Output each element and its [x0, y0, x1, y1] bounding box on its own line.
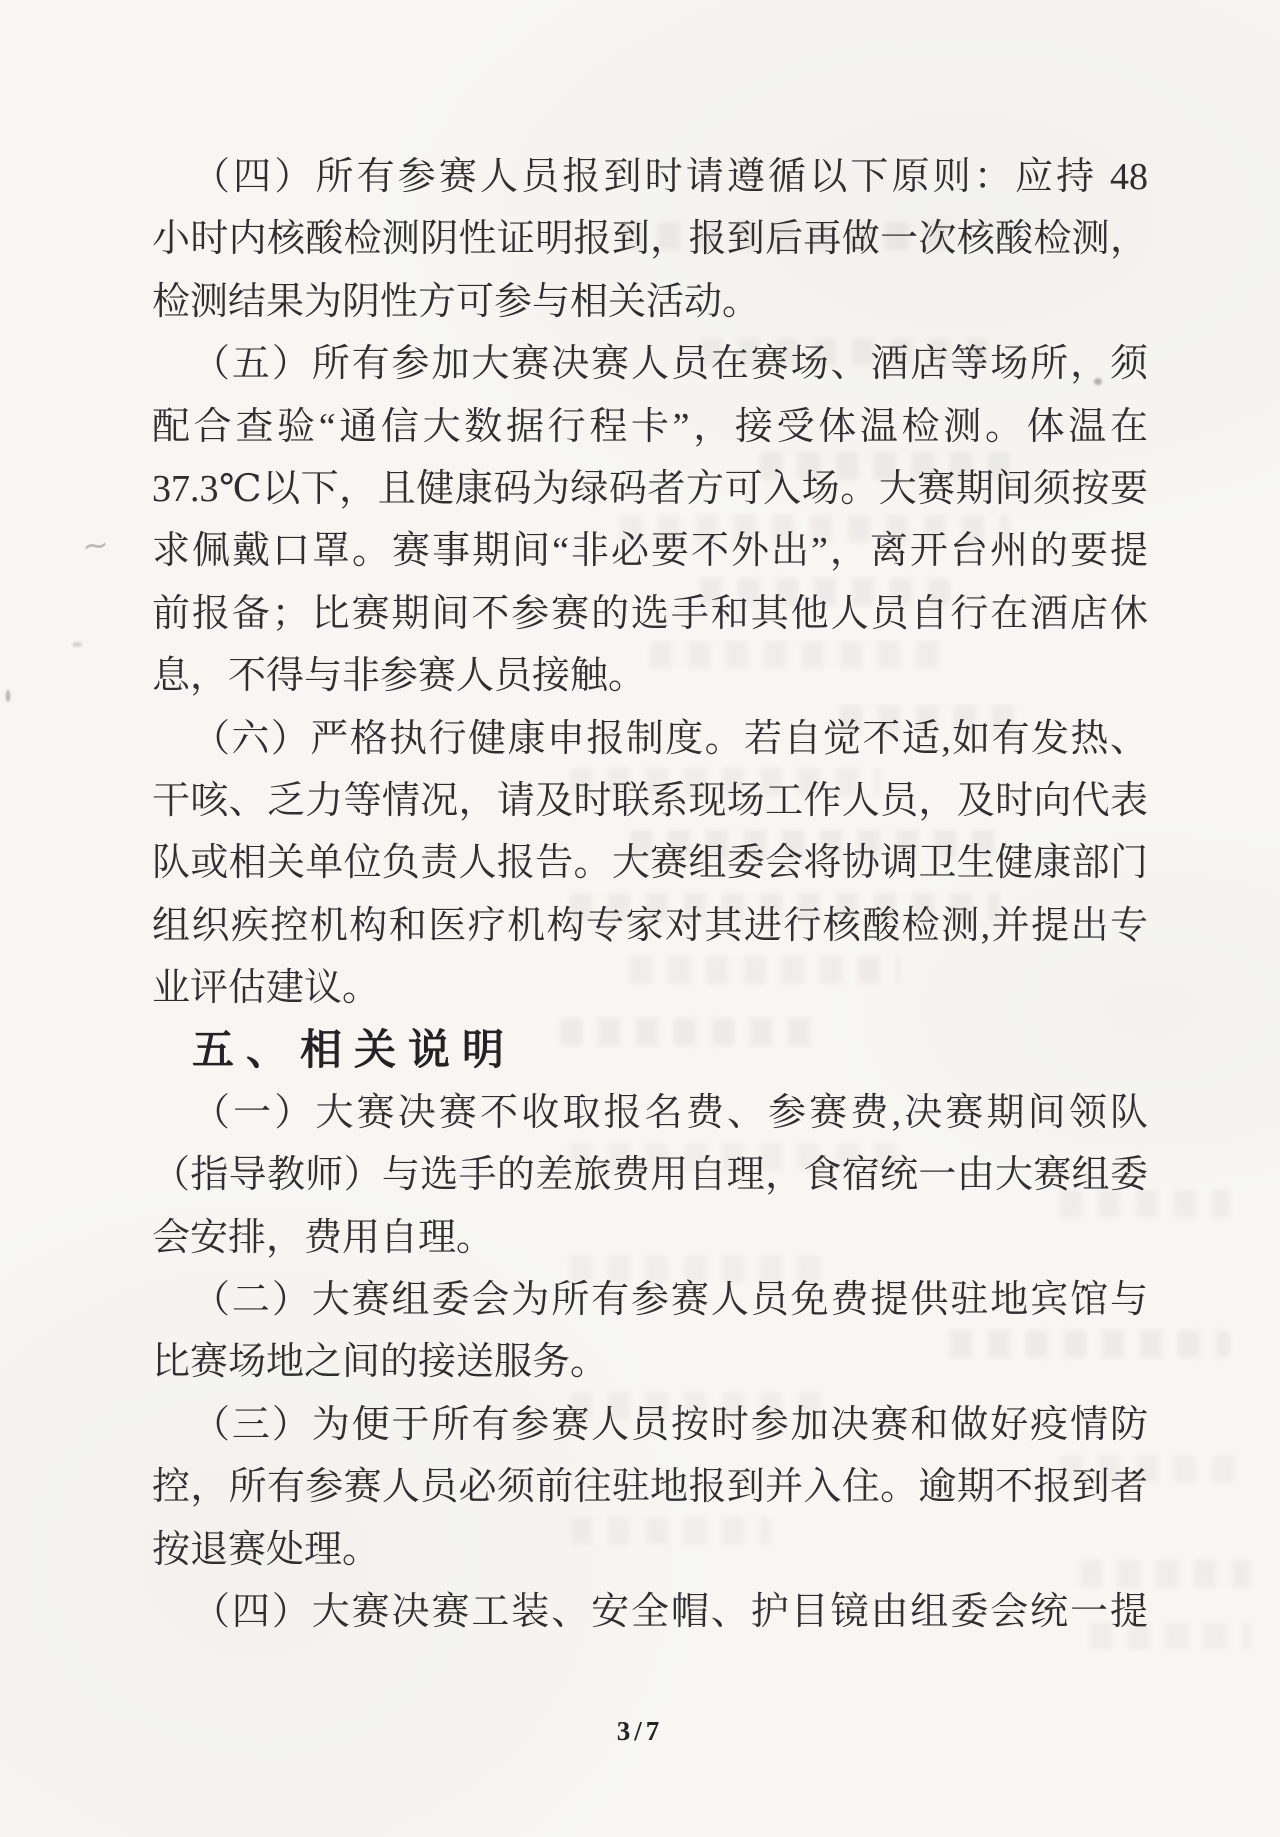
text-line: （六）严格执行健康申报制度。若自觉不适,如有发热、	[152, 708, 1148, 770]
text-line: 按退赛处理。	[152, 1519, 1148, 1581]
document-body: （四）所有参赛人员报到时请遵循以下原则：应持 48 小时内核酸检测阴性证明报到，…	[152, 146, 1148, 1643]
section-heading: 五、相关说明	[152, 1019, 1148, 1081]
text-line: （一）大赛决赛不收取报名费、参赛费,决赛期间领队	[152, 1082, 1148, 1144]
scan-artifact: ~	[80, 525, 111, 566]
text-line: 前报备；比赛期间不参赛的选手和其他人员自行在酒店休	[152, 583, 1148, 645]
text-line: 队或相关单位负责人报告。大赛组委会将协调卫生健康部门	[152, 832, 1148, 894]
text-line: 检测结果为阴性方可参与相关活动。	[152, 271, 1148, 333]
text-line: （四）所有参赛人员报到时请遵循以下原则：应持 48	[152, 146, 1148, 208]
text-line: （三）为便于所有参赛人员按时参加决赛和做好疫情防	[152, 1394, 1148, 1456]
scan-artifact	[72, 642, 82, 647]
text-line: （指导教师）与选手的差旅费用自理，食宿统一由大赛组委	[152, 1144, 1148, 1206]
page-number: 3/7	[0, 1716, 1280, 1747]
text-line: 小时内核酸检测阴性证明报到，报到后再做一次核酸检测，	[152, 208, 1148, 270]
text-line: （五）所有参加大赛决赛人员在赛场、酒店等场所，须	[152, 333, 1148, 395]
text-line: 37.3℃以下，且健康码为绿码者方可入场。大赛期间须按要	[152, 458, 1148, 520]
text-line: 业评估建议。	[152, 957, 1148, 1019]
text-line: 息，不得与非参赛人员接触。	[152, 645, 1148, 707]
document-page: ~ （四）所有参赛人员报到时请遵循以下原则：应持 48 小时内核酸检测阴性证明报…	[0, 0, 1280, 1837]
text-line: 组织疾控机构和医疗机构专家对其进行核酸检测,并提出专	[152, 895, 1148, 957]
text-line: 比赛场地之间的接送服务。	[152, 1331, 1148, 1393]
text-line: 控，所有参赛人员必须前往驻地报到并入住。逾期不报到者	[152, 1456, 1148, 1518]
text-line: 干咳、乏力等情况，请及时联系现场工作人员，及时向代表	[152, 770, 1148, 832]
text-line: 求佩戴口罩。赛事期间“非必要不外出”，离开台州的要提	[152, 520, 1148, 582]
scan-artifact	[6, 690, 10, 702]
text-line: （四）大赛决赛工装、安全帽、护目镜由组委会统一提	[152, 1581, 1148, 1643]
text-line: 配合查验“通信大数据行程卡”，接受体温检测。体温在	[152, 396, 1148, 458]
text-line: （二）大赛组委会为所有参赛人员免费提供驻地宾馆与	[152, 1269, 1148, 1331]
text-line: 会安排，费用自理。	[152, 1207, 1148, 1269]
